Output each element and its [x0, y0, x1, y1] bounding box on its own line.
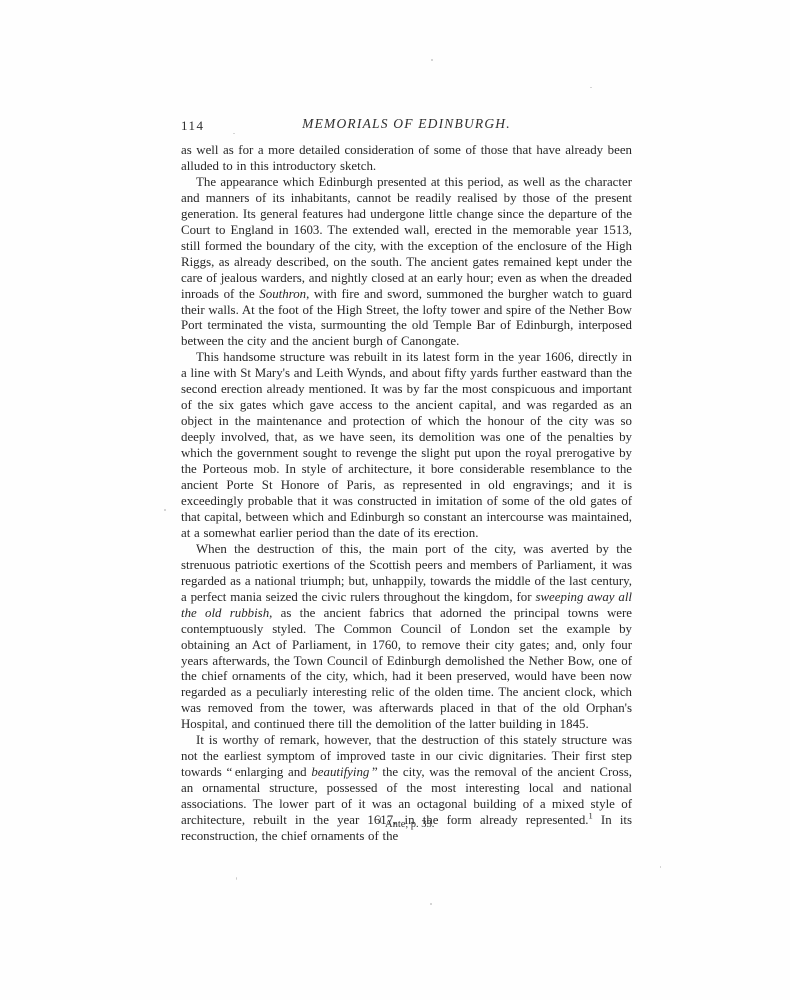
body-text: as well as for a more detailed considera… [181, 143, 632, 845]
footnote: 1 Ante, p. 33. [181, 819, 632, 830]
scan-speck [233, 133, 235, 134]
text-segment: , as the ancient fabrics that adorned th… [181, 606, 632, 732]
text-segment: as well as for a more detailed considera… [181, 143, 632, 173]
scan-speck [236, 877, 237, 880]
page-number: 114 [181, 118, 205, 134]
text-segment: The appearance which Edinburgh presented… [181, 175, 632, 301]
paragraph: When the destruction of this, the main p… [181, 542, 632, 733]
text-segment-italic: Southron [259, 287, 306, 301]
scan-speck [590, 87, 592, 88]
footnote-text: Ante, p. 33. [385, 819, 434, 830]
text-segment-italic: beautifying [311, 765, 369, 779]
page-header: 114 MEMORIALS OF EDINBURGH. [181, 116, 632, 134]
paragraph: This handsome structure was rebuilt in i… [181, 350, 632, 541]
scan-speck [164, 509, 166, 511]
paragraph: The appearance which Edinburgh presented… [181, 175, 632, 350]
scan-speck [430, 903, 432, 905]
book-page: 114 MEMORIALS OF EDINBURGH. as well as f… [0, 0, 790, 1000]
scan-speck [660, 866, 661, 868]
running-title: MEMORIALS OF EDINBURGH. [181, 116, 632, 132]
text-segment: This handsome structure was rebuilt in i… [181, 350, 632, 539]
footnote-marker: 1 [379, 816, 383, 825]
scan-speck [431, 59, 433, 61]
paragraph: as well as for a more detailed considera… [181, 143, 632, 175]
